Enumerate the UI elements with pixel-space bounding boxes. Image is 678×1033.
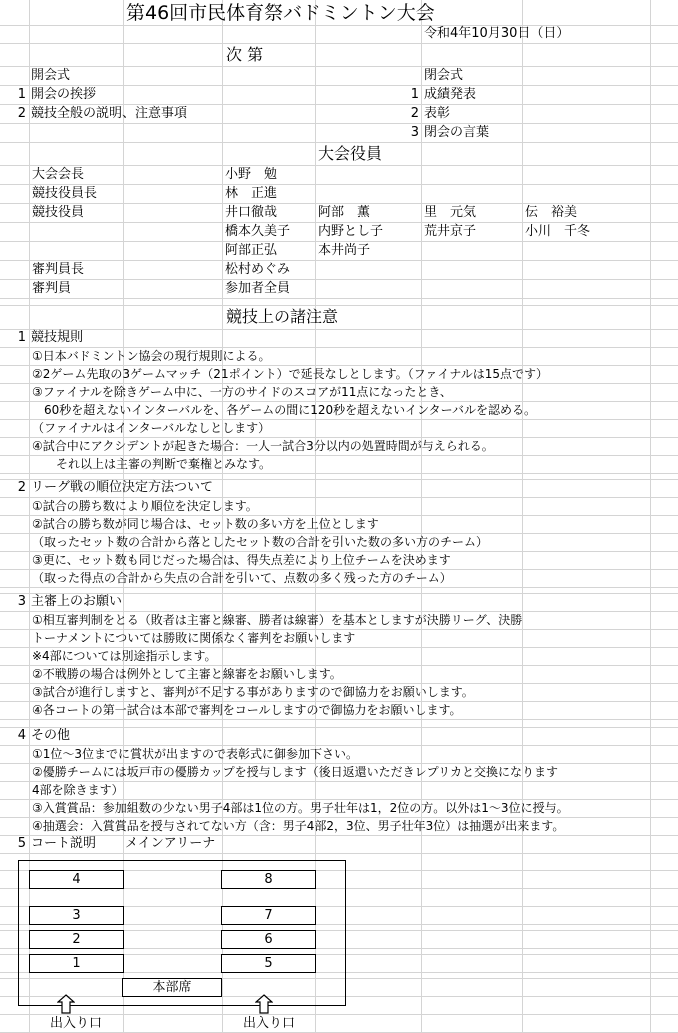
gridline-col (522, 0, 523, 1033)
court-1: 1 (29, 954, 124, 973)
note-line: ④試合中にアクシデントが起きた場合：一人一試合3分以内の処置時間が与えられる。 (32, 437, 494, 455)
official-role: 競技役員長 (32, 185, 97, 203)
opening-ceremony-label: 開会式 (31, 67, 70, 85)
section-number: 3 (2, 593, 26, 611)
official-name: 小野 勉 (225, 166, 277, 184)
note-line: ③入賞賞品：参加組数の少ない男子4部は1位の方。男子壮年は1，2位の方。以外は1… (32, 799, 569, 817)
official-name: 参加者全員 (225, 280, 290, 298)
gridline-row (0, 165, 678, 166)
note-line: （ファイナルはインターバルなしとします） (32, 419, 270, 437)
section-title: 主審上のお願い (31, 593, 122, 611)
note-line: ④各コートの第一試合は本部で審判をコールしますので御協力をお願いします。 (32, 701, 462, 719)
section-title: コート説明 (31, 835, 96, 853)
court-2: 2 (29, 930, 124, 949)
gridline-row (0, 587, 678, 588)
gridline-row (0, 66, 678, 67)
official-name: 本井尚子 (318, 242, 370, 260)
official-name: 里 元気 (424, 204, 476, 222)
official-name: 阿部 薫 (318, 204, 370, 222)
program-item: 開会の挨拶 (31, 86, 96, 104)
gridline-row (0, 853, 678, 854)
program-item: 閉会の言葉 (424, 124, 489, 142)
note-line: ※4部については別途指示します。 (32, 647, 217, 665)
section-number: 2 (2, 479, 26, 497)
note-line: 60秒を超えないインターバルを、各ゲームの間に120秒を超えないインターバルを認… (32, 401, 536, 419)
note-line: ②不戦勝の場合は例外として主審と線審をお願いします。 (32, 665, 342, 683)
list-number: 1 (395, 86, 419, 104)
note-line: ②2ゲーム先取の3ゲームマッチ（21ポイント）で延長なしとします。（ファイナルは… (32, 365, 548, 383)
court-8: 8 (221, 870, 316, 889)
gridline-row (0, 260, 678, 261)
court-6: 6 (221, 930, 316, 949)
court-5: 5 (221, 954, 316, 973)
notes-heading: 競技上の諸注意 (226, 306, 338, 328)
list-number: 2 (395, 105, 419, 123)
gridline-col (421, 0, 422, 1033)
event-date: 令和4年10月30日（日） (424, 25, 569, 43)
officials-heading: 大会役員 (318, 143, 382, 165)
list-number: 1 (2, 86, 26, 104)
court-3: 3 (29, 906, 124, 925)
note-line: ①1位～3位までに賞状が出ますので表彰式に御参加下さい。 (32, 745, 358, 763)
gridline-row (0, 43, 678, 44)
gridline-row (0, 279, 678, 280)
gridline-row (0, 25, 678, 26)
note-line: ①日本バドミントン協会の現行規則による。 (32, 347, 271, 365)
entrance-label-right: 出入り口 (243, 1015, 295, 1033)
program-item: 表彰 (424, 105, 450, 123)
gridline-col (650, 0, 651, 1033)
program-item: 競技全般の説明、注意事項 (31, 105, 187, 123)
section-title: その他 (31, 727, 70, 745)
gridline-row (0, 835, 678, 836)
gridline-row (0, 305, 678, 306)
note-line: ③更に、セット数も同じだった場合は、得失点差により上位チームを決めます (32, 551, 451, 569)
official-name: 荒井京子 (424, 223, 476, 241)
list-number: 2 (2, 105, 26, 123)
official-role: 大会会長 (32, 166, 84, 184)
official-name: 林 正進 (225, 185, 277, 203)
gridline-row (0, 719, 678, 720)
official-role: 審判員長 (32, 261, 84, 279)
note-line: ②優勝チームには坂戸市の優勝カップを授与します（後日返還いただきレプリカと交換に… (32, 763, 558, 781)
section-title: 競技規則 (31, 329, 83, 347)
note-line: ③ファイナルを除きゲーム中に、一方のサイドのスコアが11点になったとき、 (32, 383, 452, 401)
gridline-row (0, 298, 678, 299)
headquarters-seat: 本部席 (122, 978, 222, 997)
entrance-arrow-icon (255, 994, 273, 1014)
court-7: 7 (221, 906, 316, 925)
note-line: トーナメントについては勝敗に関係なく審判をお願いします (32, 629, 355, 647)
gridline-row (0, 123, 678, 124)
venue-name: メインアリーナ (125, 835, 215, 853)
official-role: 競技役員 (32, 204, 84, 222)
note-line: それ以上は主審の判断で棄権とみなす。 (32, 455, 271, 473)
document-title: 第46回市民体育祭バドミントン大会 (126, 1, 435, 25)
gridline-row (0, 85, 678, 86)
official-name: 伝 裕美 (525, 204, 577, 222)
gridline-row (0, 329, 678, 330)
section-title: リーグ戦の順位決定方法ついて (31, 479, 213, 497)
section-number: 5 (2, 835, 26, 853)
list-number: 3 (395, 124, 419, 142)
gridline-row (0, 184, 678, 185)
gridline-row (0, 473, 678, 474)
entrance-arrow-icon (57, 994, 75, 1014)
note-line: （取ったセット数の合計から落としたセット数の合計を引いた数の多い方のチーム） (32, 533, 488, 551)
official-name: 阿部正弘 (225, 242, 277, 260)
court-4: 4 (29, 870, 124, 889)
program-heading: 次 第 (226, 44, 263, 66)
official-name: 井口徹哉 (225, 204, 277, 222)
note-line: ①相互審判制をとる（敗者は主審と線審、勝者は線審）を基本としますが決勝リーグ、決… (32, 611, 522, 629)
official-role: 審判員 (32, 280, 71, 298)
note-line: （取った得点の合計から失点の合計を引いて、点数の多く残った方のチーム） (32, 569, 452, 587)
official-name: 橋本久美子 (225, 223, 290, 241)
official-name: 小川 千冬 (525, 223, 590, 241)
closing-ceremony-label: 閉会式 (424, 67, 463, 85)
section-number: 1 (2, 329, 26, 347)
note-line: 4部を除きます） (32, 781, 124, 799)
official-name: 内野とし子 (318, 223, 383, 241)
note-line: ③試合が進行しますと、審判が不足する事がありますので御協力をお願いします。 (32, 683, 474, 701)
official-name: 松村めぐみ (225, 261, 290, 279)
note-line: ①試合の勝ち数により順位を決定します。 (32, 497, 258, 515)
entrance-label-left: 出入り口 (50, 1015, 102, 1033)
note-line: ④抽選会：入賞賞品を授与されてない方（含：男子4部2，3位、男子壮年3位）は抽選… (32, 817, 564, 835)
section-number: 4 (2, 727, 26, 745)
spreadsheet: 第46回市民体育祭バドミントン大会 令和4年10月30日（日） 次 第 開会式 … (0, 0, 678, 1033)
note-line: ②試合の勝ち数が同じ場合は、セット数の多い方を上位とします (32, 515, 379, 533)
program-item: 成績発表 (424, 86, 476, 104)
gridline-row (0, 727, 678, 728)
